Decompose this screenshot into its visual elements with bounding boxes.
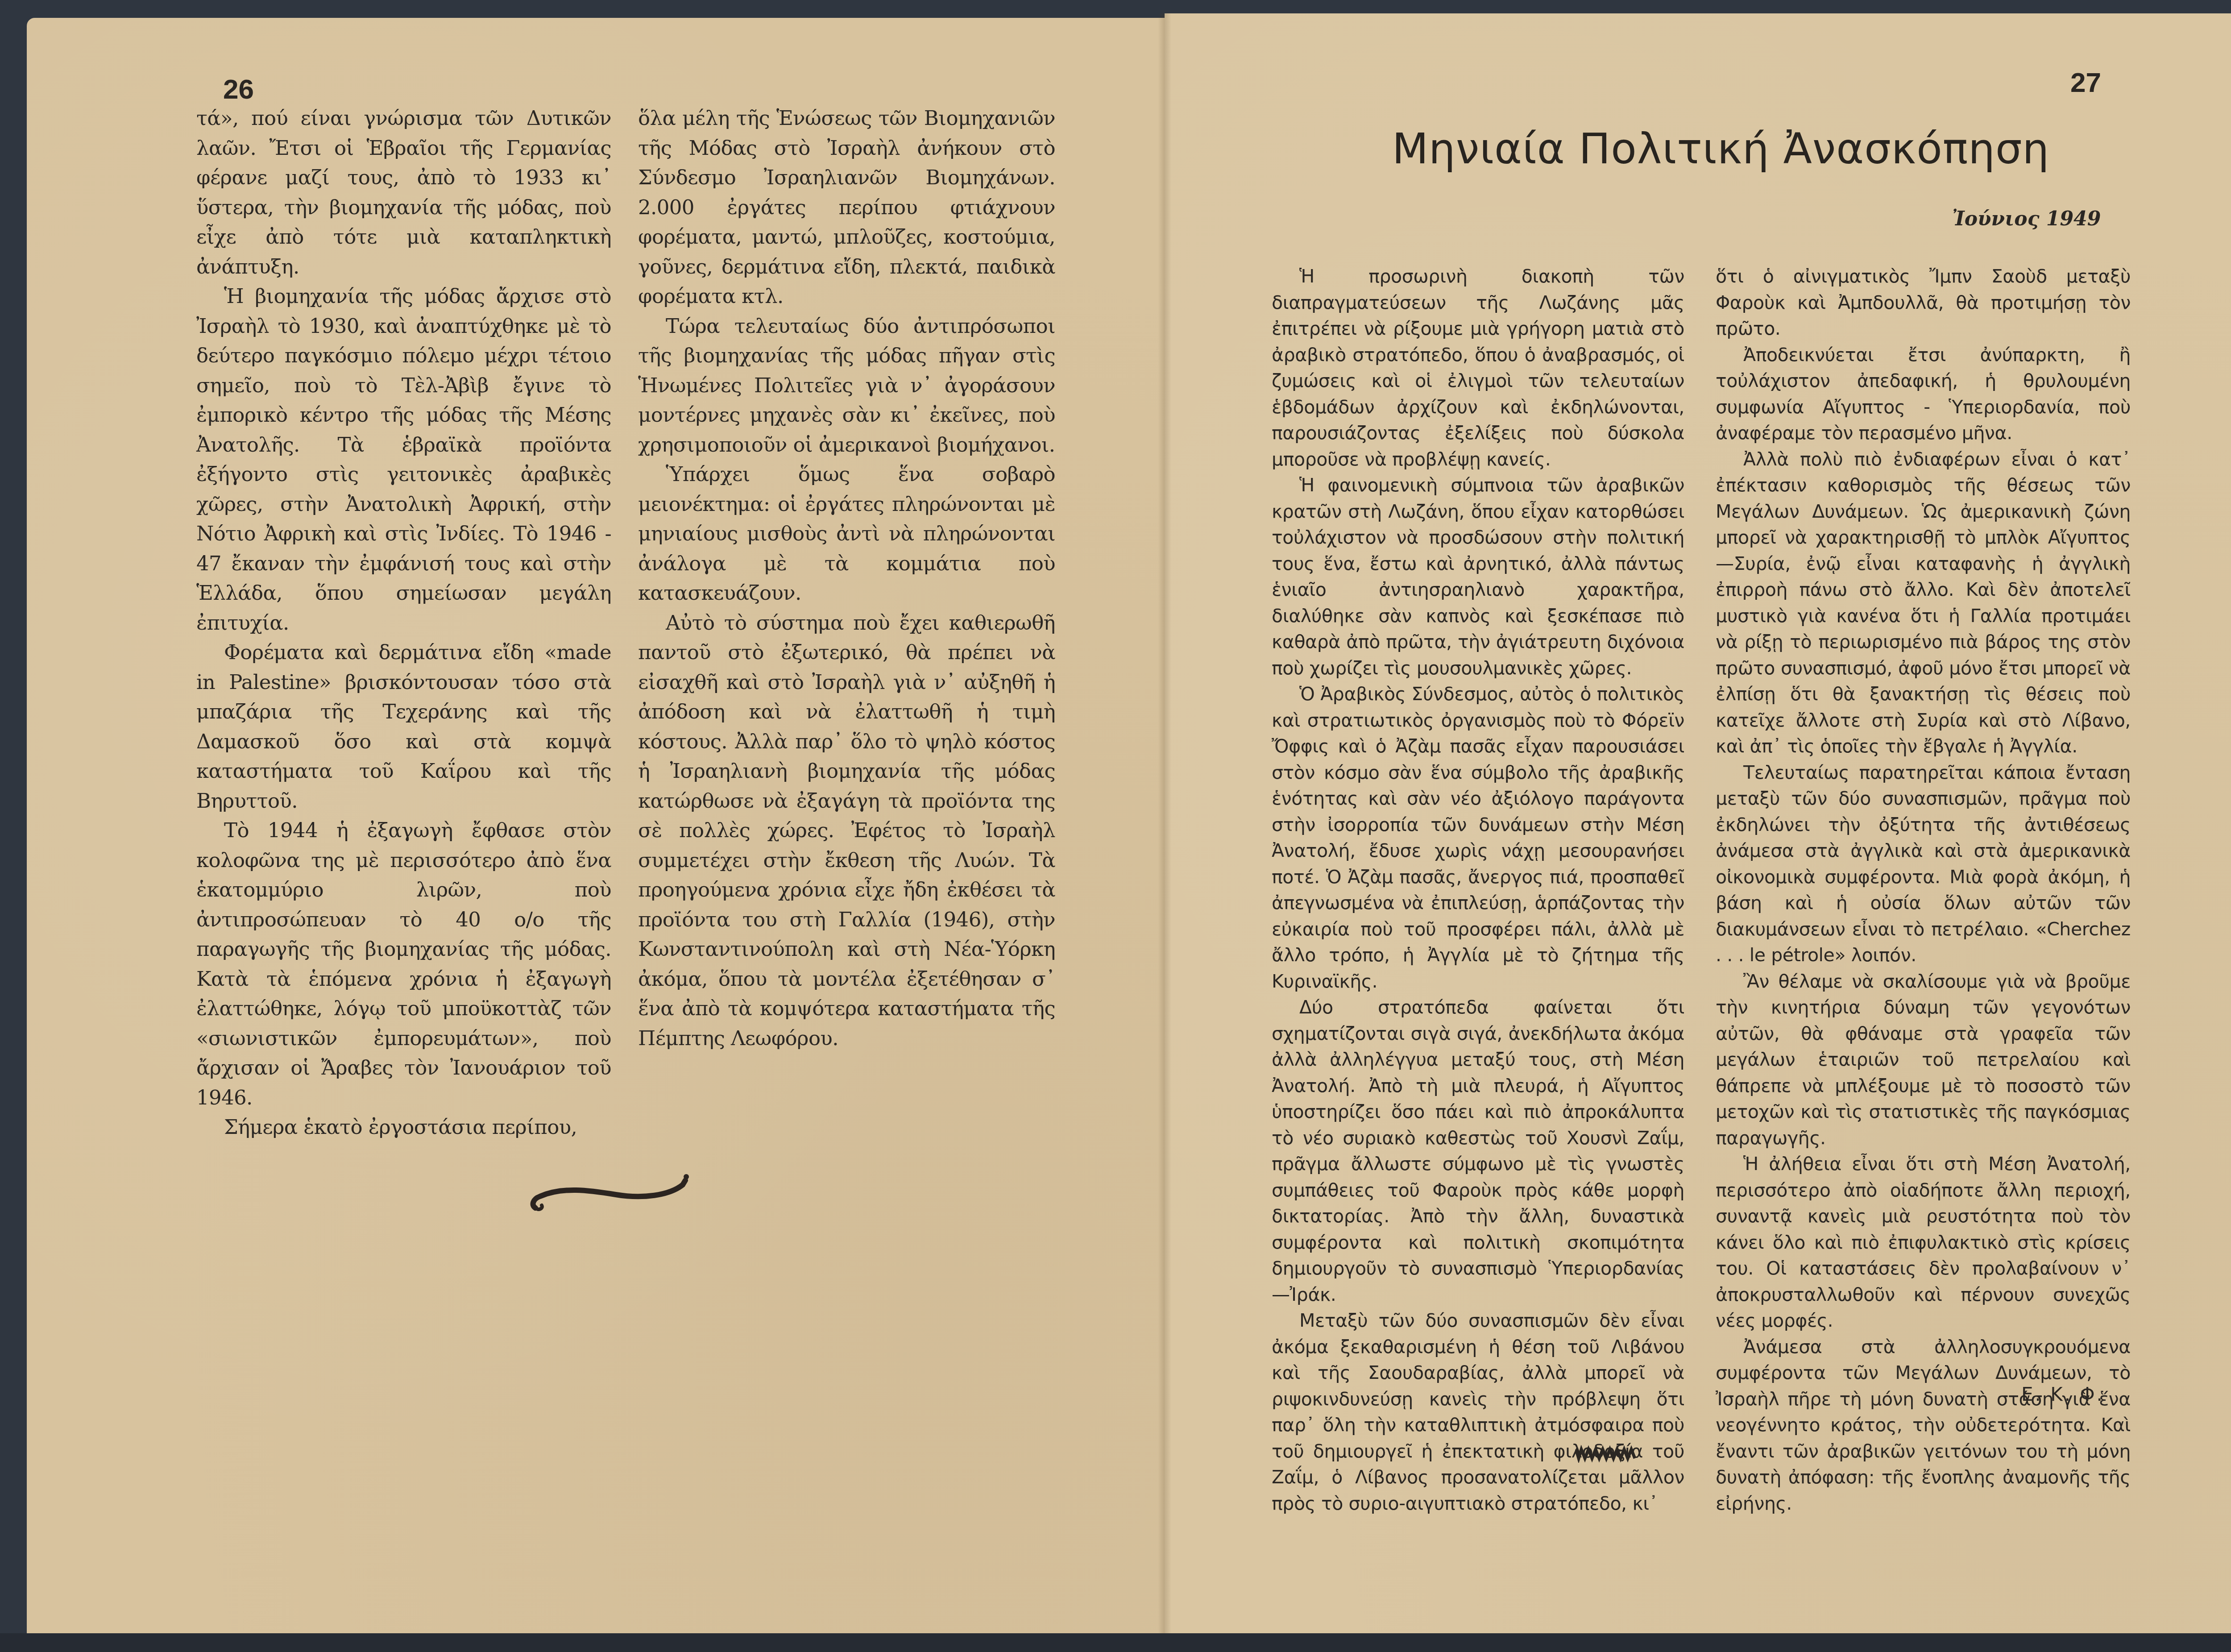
page-number-right: 27 [2070,67,2101,99]
paragraph: ὅλα μέλη τῆς Ἑνώσεως τῶν Βιομηχανιῶν τῆς… [638,104,1055,311]
paragraph: Ὑπάρχει ὅμως ἕνα σοβαρὸ μειονέκτημα: οἱ … [638,460,1055,608]
right-page-column-2: ὅτι ὁ αἰνιγματικὸς Ἴμπν Σαοὺδ μεταξὺ Φαρ… [1716,263,2131,1516]
paragraph: Τώρα τελευταίως δύο ἀντιπρόσωποι τῆς βιο… [638,311,1055,460]
zigzag-ornament-icon [1575,1445,1638,1463]
paragraph: ὅτι ὁ αἰνιγματικὸς Ἴμπν Σαοὺδ μεταξὺ Φαρ… [1716,263,2131,342]
left-page-column-2: ὅλα μέλη τῆς Ἑνώσεως τῶν Βιομηχανιῶν τῆς… [638,104,1055,1053]
paragraph: Ἀνάμεσα στὰ ἀλληλοσυγκρουόμενα συμφέροντ… [1716,1334,2131,1517]
paragraph: Σήμερα ἑκατὸ ἐργοστάσια περίπου, [196,1112,611,1142]
paragraph: Ἂν θέλαμε νὰ σκαλίσουμε γιὰ νὰ βροῦμε τὴ… [1716,968,2131,1151]
paragraph: Ἡ προσωρινὴ διακοπὴ τῶν διαπραγματεύσεων… [1272,263,1684,472]
paragraph: Ἡ ἀλήθεια εἶναι ὅτι στὴ Μέση Ἀνατολή, πε… [1716,1151,2131,1334]
page-number-left: 26 [223,74,254,105]
left-page-column-1: τά», πού είναι γνώρισμα τῶν Δυτικῶν λαῶν… [196,104,611,1142]
paragraph: Ἀποδεικνύεται ἔτσι ἀνύπαρκτη, ἢ τοὐλάχισ… [1716,342,2131,446]
paragraph: Ὁ Ἀραβικὸς Σύνδεσμος, αὐτὸς ὁ πολιτικὸς … [1272,681,1684,994]
swash-ornament-icon [527,1167,696,1216]
paragraph: Φορέματα καὶ δερμάτινα εἴδη «made in Pal… [196,638,611,816]
paragraph: Τελευταίως παρατηρεῖται κάποια ἔνταση με… [1716,760,2131,968]
paragraph: Ἀλλὰ πολὺ πιὸ ἐνδιαφέρων εἶναι ὁ κατ᾿ ἐπ… [1716,446,2131,760]
paragraph: Τὸ 1944 ἡ ἐξαγωγὴ ἔφθασε στὸν κολοφῶνα τ… [196,816,611,1112]
paragraph: Αὐτὸ τὸ σύστημα ποὺ ἔχει καθιερωθῆ παντο… [638,608,1055,1054]
paragraph: τά», πού είναι γνώρισμα τῶν Δυτικῶν λαῶν… [196,104,611,282]
author-signature: Ε. Κ. Φ. [2021,1383,2104,1405]
book-gutter [1158,13,1171,1638]
paragraph: Μεταξὺ τῶν δύο συνασπισμῶν δὲν εἶναι ἀκό… [1272,1307,1684,1516]
right-page-column-1: Ἡ προσωρινὴ διακοπὴ τῶν διαπραγματεύσεων… [1272,263,1684,1516]
paragraph: Ἡ βιομηχανία τῆς μόδας ἄρχισε στὸ Ἰσραὴλ… [196,282,611,638]
paragraph: Δύο στρατόπεδα φαίνεται ὅτι σχηματίζοντα… [1272,994,1684,1307]
scan-background-bottom [0,1633,2231,1652]
article-title: Μηνιαία Πολιτική Ἀνασκόπηση [1392,125,2049,174]
paragraph: Ἡ φαινομενικὴ σύμπνοια τῶν ἀραβικῶν κρατ… [1272,472,1684,681]
article-date: Ἰούνιος 1949 [1952,208,2101,230]
